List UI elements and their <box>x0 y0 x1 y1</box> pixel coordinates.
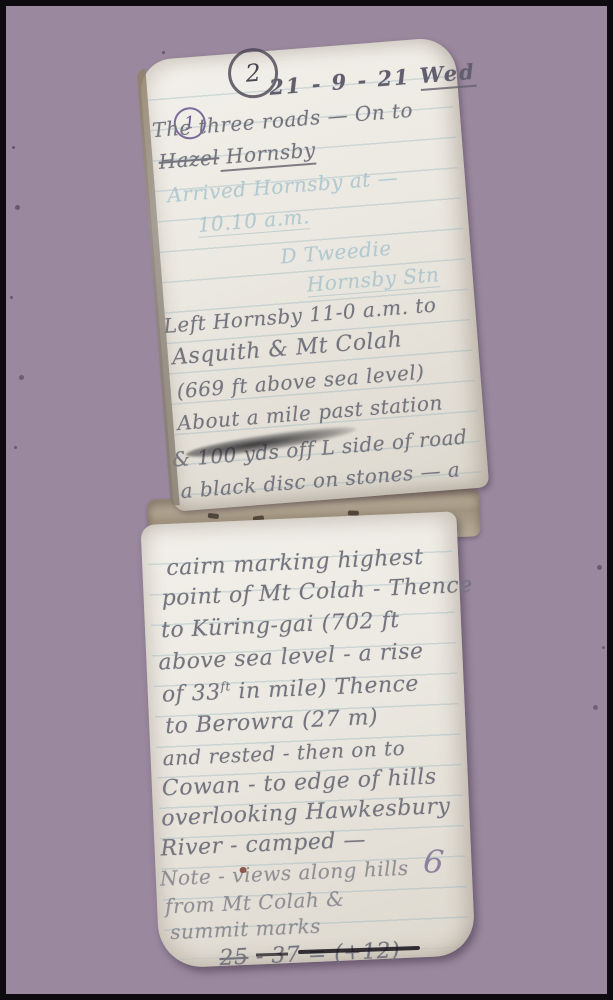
handwriting-line: The three roads — On to <box>151 98 414 142</box>
rise-pre: of 33 <box>161 680 221 708</box>
stitch-mark <box>208 513 219 519</box>
kept-word: Hornsby <box>218 138 316 173</box>
handwriting-line: River - camped — <box>160 828 366 862</box>
blue-ink-line: Hornsby Stn <box>306 262 440 297</box>
handwriting-line-corrected: Hazel Hornsby <box>158 138 317 174</box>
date-line: 21 - 9 - 21 Wed <box>268 59 476 100</box>
weekday-text: Wed <box>419 59 477 91</box>
handwriting-line: above sea level - a rise <box>158 639 424 676</box>
handwriting-line-rise: of 33ft in mile) Thence <box>161 671 419 708</box>
handwriting-line: Note - views along hills <box>159 856 409 891</box>
dust-speckles <box>12 146 15 149</box>
handwriting-line: to Berowra (27 m) <box>165 705 379 739</box>
diary-top-page: 1 2 21 - 9 - 21 Wed The three roads — On… <box>139 36 489 511</box>
handwriting-line: and rested - then on to <box>162 736 405 771</box>
date-text: 21 - 9 - 21 <box>268 64 411 100</box>
handwriting-line: summit marks <box>170 914 322 945</box>
blue-ink-signature: D Tweedie <box>280 236 393 269</box>
margin-number: 6 <box>422 842 446 882</box>
diary-bottom-page: cairn marking highest point of Mt Colah … <box>140 511 475 968</box>
blue-ink-line: 10.10 a.m. <box>197 204 311 238</box>
blue-ink-line: Arrived Hornsby at — <box>166 165 398 207</box>
struck-number: 25 <box>219 945 249 971</box>
handwriting-line: to Küring-gai (702 ft <box>161 608 401 643</box>
photo-frame: 1 2 21 - 9 - 21 Wed The three roads — On… <box>0 0 613 1000</box>
struck-word: Hazel <box>158 145 220 174</box>
rise-post: in mile) Thence <box>230 671 419 704</box>
handwriting-line-sum: 25 - 37 = (+12) <box>219 938 401 971</box>
